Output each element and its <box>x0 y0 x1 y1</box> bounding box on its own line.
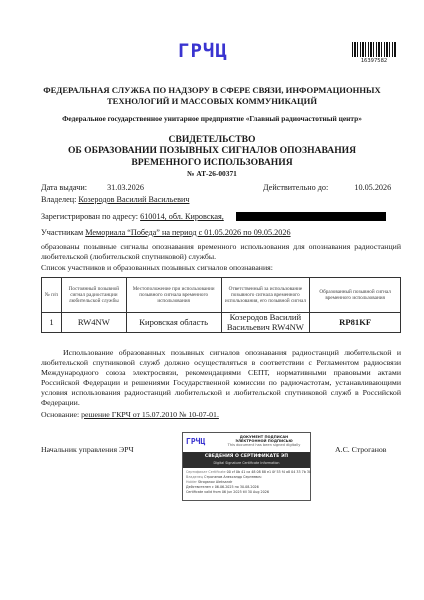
valid-until-label: Действительно до: <box>263 183 328 192</box>
header-temporary-callsign: Образованный позывной сигнал временного … <box>310 278 401 313</box>
stamp-heading: ДОКУМЕНТ ПОДПИСАН ЭЛЕКТРОННОЙ ПОДПИСЬЮ T… <box>221 435 307 448</box>
redacted-address <box>236 212 386 221</box>
table-header-row: № п/п Постоянный позывной сигнал радиост… <box>42 278 401 313</box>
agency-name: ФЕДЕРАЛЬНАЯ СЛУЖБА ПО НАДЗОРУ В СФЕРЕ СВ… <box>20 85 404 107</box>
enterprise-name: Федеральное государственное унитарное пр… <box>20 114 404 123</box>
list-caption: Список участников и образованных позывны… <box>41 263 273 273</box>
stamp-signed-en: This document has been signed digitally <box>221 443 307 447</box>
header-responsible: Ответственный за использование позывного… <box>221 278 310 313</box>
owner-label: Владелец: <box>41 195 76 204</box>
stamp-cert-info: Сертификат Certificate 00 cf 0b 41 ca 48… <box>186 470 308 495</box>
participants-table: № п/п Постоянный позывной сигнал радиост… <box>41 277 401 333</box>
address-value: 610014, обл. Кировская, <box>140 212 224 221</box>
certificate-title: СВИДЕТЕЛЬСТВО ОБ ОБРАЗОВАНИИ ПОЗЫВНЫХ СИ… <box>20 134 404 168</box>
cell-permanent-callsign: RW4NW <box>61 313 126 333</box>
issue-date-row: Дата выдачи: 31.03.2026 <box>41 183 144 193</box>
agency-line-1: ФЕДЕРАЛЬНАЯ СЛУЖБА ПО НАДЗОРУ В СФЕРЕ СВ… <box>20 85 404 96</box>
intro-text: образованы позывные сигналы опознавания … <box>41 242 401 262</box>
digital-signature-stamp: ГРЧЦ ДОКУМЕНТ ПОДПИСАН ЭЛЕКТРОННОЙ ПОДПИ… <box>182 432 311 501</box>
header-num: № п/п <box>42 278 62 313</box>
signer-position: Начальник управления ЭРЧ <box>41 445 134 455</box>
stamp-certificate-label: Сертификат Certificate <box>186 470 226 474</box>
stamp-cert-title-ru: СВЕДЕНИЯ О СЕРТИФИКАТЕ ЭП <box>183 452 310 461</box>
participants-event: Мемориала “Победа” на период с 01.05.202… <box>85 228 290 237</box>
basis-link[interactable]: решение ГКРЧ от 15.07.2010 № 10-07-01. <box>81 410 219 419</box>
regulation-text: Использование образованных позывных сигн… <box>41 348 401 408</box>
stamp-valid-en: Certificate valid from 06 Jun 2025 till … <box>186 490 308 495</box>
header-permanent-callsign: Постоянный позывной сигнал радиостанции … <box>61 278 126 313</box>
title-line-1: СВИДЕТЕЛЬСТВО <box>20 134 404 145</box>
cell-location: Кировская область <box>126 313 221 333</box>
stamp-cert-title-en: Digital Signature Certificate Informatio… <box>183 461 310 465</box>
valid-until-value: 10.05.2026 <box>354 183 391 192</box>
basis-row: Основание: решение ГКРЧ от 15.07.2010 № … <box>41 410 219 420</box>
valid-until-row: Действительно до: 10.05.2026 <box>263 183 391 193</box>
basis-label: Основание: <box>41 410 79 419</box>
stamp-holder-en: Stroganov Aleksandr <box>198 480 232 484</box>
participants-label: Участникам <box>41 228 83 237</box>
grchc-logo: ГРЧЦ <box>178 41 228 61</box>
cell-temporary-callsign: RP81KF <box>310 313 401 333</box>
signer-name: А.С. Строганов <box>335 445 387 455</box>
stamp-holder-en-label: Holder <box>186 480 197 484</box>
certificate-number: № АТ-26-00371 <box>20 169 404 178</box>
address-row: Зарегистрирован по адресу: 610014, обл. … <box>41 212 224 222</box>
title-line-2: ОБ ОБРАЗОВАНИИ ПОЗЫВНЫХ СИГНАЛОВ ОПОЗНАВ… <box>20 145 404 156</box>
stamp-certificate-value: 00 cf 0b 41 ca 48 08 88 e1 0f 53 f4 a8 0… <box>227 470 311 474</box>
table-row: 1 RW4NW Кировская область Козеродов Васи… <box>42 313 401 333</box>
barcode <box>352 42 396 57</box>
header-location: Местоположение при использовании позывно… <box>126 278 221 313</box>
stamp-cert-band: СВЕДЕНИЯ О СЕРТИФИКАТЕ ЭП Digital Signat… <box>183 452 310 468</box>
address-label: Зарегистрирован по адресу: <box>41 212 138 221</box>
issue-date-value: 31.03.2026 <box>107 183 144 192</box>
title-line-3: ВРЕМЕННОГО ИСПОЛЬЗОВАНИЯ <box>20 157 404 168</box>
cell-responsible: Козеродов Василий Васильевич RW4NW <box>221 313 310 333</box>
issue-date-label: Дата выдачи: <box>41 183 87 192</box>
owner-name: Козеродов Василий Васильевич <box>78 195 189 204</box>
stamp-holder-ru-label: Владелец <box>186 475 203 479</box>
owner-row: Владелец: Козеродов Василий Васильевич <box>41 195 189 205</box>
stamp-logo: ГРЧЦ <box>186 437 205 446</box>
barcode-number: 16397582 <box>352 58 396 64</box>
agency-line-2: ТЕХНОЛОГИЙ И МАССОВЫХ КОММУНИКАЦИЙ <box>20 96 404 107</box>
stamp-holder-ru: Строганов Александр Сергеевич <box>204 475 261 479</box>
cell-num: 1 <box>42 313 62 333</box>
participants-row: Участникам Мемориала “Победа” на период … <box>41 228 291 238</box>
